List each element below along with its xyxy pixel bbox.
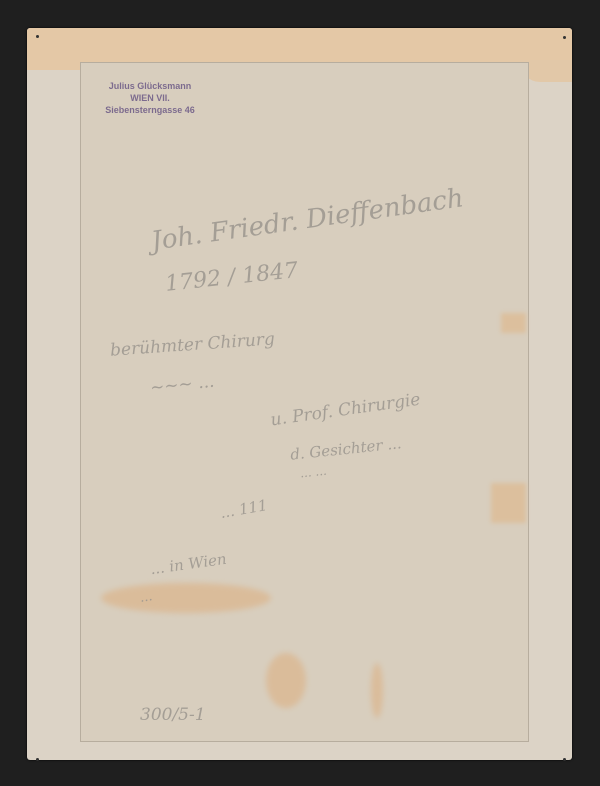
dealer-stamp: Julius Glücksmann WIEN VII. Siebensterng… bbox=[95, 80, 205, 116]
water-stain bbox=[101, 583, 271, 613]
mount-pin bbox=[36, 35, 39, 38]
water-stain bbox=[371, 663, 383, 718]
mount-pin bbox=[563, 758, 566, 761]
edge-stain bbox=[491, 483, 526, 523]
stamp-name: Julius Glücksmann bbox=[95, 80, 205, 92]
water-stain bbox=[266, 653, 306, 708]
handwritten-note: ... ... bbox=[299, 464, 327, 481]
edge-stain bbox=[501, 313, 526, 333]
catalog-number: 300/5-1 bbox=[140, 705, 206, 725]
document-sheet bbox=[80, 62, 529, 742]
stamp-city: WIEN VII. bbox=[95, 92, 205, 104]
mount-pin bbox=[563, 36, 566, 39]
mount-pin bbox=[36, 758, 39, 761]
handwritten-note: ... bbox=[139, 589, 153, 606]
stamp-address: Siebensterngasse 46 bbox=[95, 104, 205, 116]
